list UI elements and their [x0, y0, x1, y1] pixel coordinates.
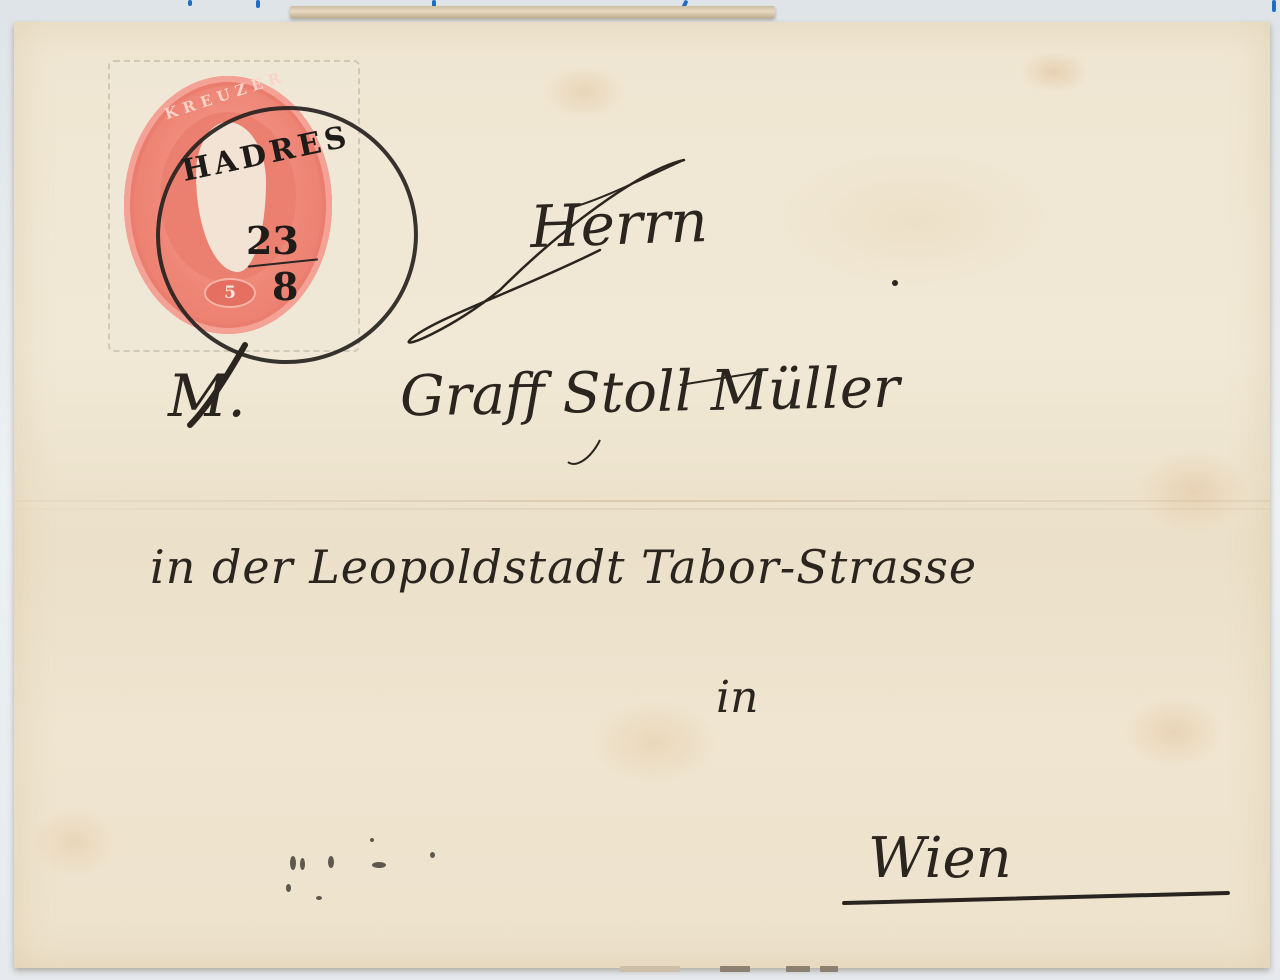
- blue-ink-mark: [256, 0, 260, 8]
- address-recipient-name: Graff Stoll Müller: [399, 356, 900, 430]
- envelope-bottom-edge: [620, 966, 680, 972]
- fold-line: [14, 500, 1270, 502]
- scan-background: KREUZER 5 HADRES 23 8 Herrn M. Graff Sto…: [0, 0, 1280, 980]
- address-salutation: Herrn: [529, 187, 709, 261]
- address-preposition: in: [716, 672, 758, 723]
- address-street: in der Leopoldstadt Tabor-Strasse: [150, 540, 977, 594]
- envelope-bottom-edge: [820, 966, 838, 972]
- envelope-bottom-edge: [720, 966, 750, 972]
- blue-ink-mark: [188, 0, 192, 6]
- address-city: Wien: [868, 826, 1012, 891]
- faded-ink-mark: [280, 836, 460, 906]
- envelope-flap-edge: [290, 6, 775, 18]
- blue-ink-mark: [1272, 0, 1276, 12]
- fold-line: [14, 508, 1270, 510]
- envelope-bottom-edge: [786, 966, 810, 972]
- postmark-day: 23: [246, 218, 299, 263]
- postmark-month: 8: [272, 264, 298, 309]
- address-title: M.: [168, 362, 246, 430]
